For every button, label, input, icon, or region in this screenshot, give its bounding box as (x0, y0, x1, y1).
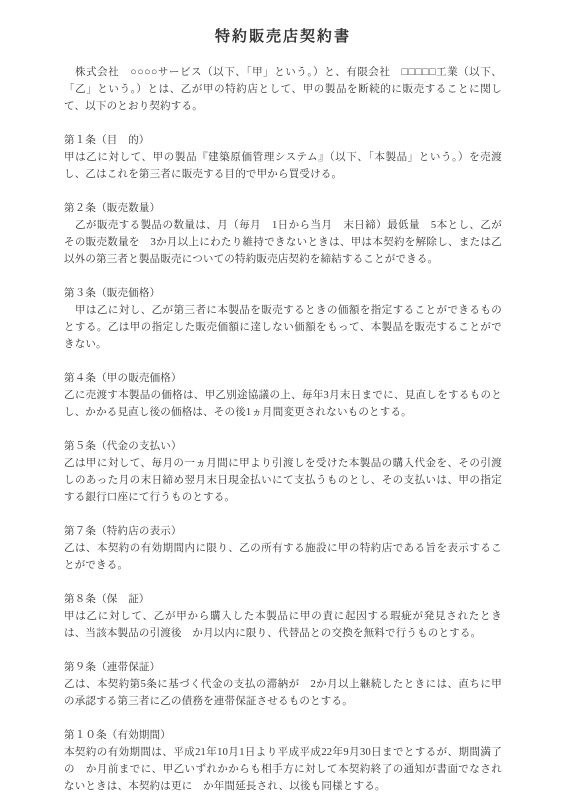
article-section: 第１条（目 的） 甲は乙に対して、甲の製品『建築原価管理システム』（以下、「本製… (64, 132, 502, 183)
preamble-paragraph: 株式会社 ○○○○サービス（以下、「甲」という。）と、有限会社 □□□□□工業（… (64, 64, 502, 115)
article-heading: 第５条（代金の支払い） (64, 438, 502, 455)
article-body: 乙は、本契約の有効期間内に限り、乙の所有する施設に甲の特約店である旨を表示するこ… (64, 540, 502, 574)
article-section: 第７条（特約店の表示） 乙は、本契約の有効期間内に限り、乙の所有する施設に甲の特… (64, 523, 502, 574)
article-heading: 第１０条（有効期間） (64, 727, 502, 744)
article-body: 甲は乙に対して、甲の製品『建築原価管理システム』（以下、「本製品」という。）を売… (64, 149, 502, 183)
article-heading: 第９条（連帯保証） (64, 659, 502, 676)
article-body: 乙は甲に対して、毎月の一ヵ月間に甲より引渡しを受けた本製品の購入代金を、その引渡… (64, 455, 502, 506)
article-section: 第１０条（有効期間） 本契約の有効期間は、平成21年10月1日より平成平成22年… (64, 727, 502, 795)
article-section: 第８条（保 証） 甲は乙に対して、乙が甲から購入した本製品に甲の責に起因する瑕疵… (64, 591, 502, 642)
article-heading: 第２条（販売数量） (64, 200, 502, 217)
article-heading: 第３条（販売価格） (64, 285, 502, 302)
article-section: 第３条（販売価格） 甲は乙に対し、乙が第三者に本製品を販売するときの価額を指定す… (64, 285, 502, 353)
article-body: 甲は乙に対して、乙が甲から購入した本製品に甲の責に起因する瑕疵が発見されたときは… (64, 608, 502, 642)
article-heading: 第８条（保 証） (64, 591, 502, 608)
article-body: 本契約の有効期間は、平成21年10月1日より平成平成22年9月30日までとするが… (64, 744, 502, 795)
contract-document-page: 特約販売店契約書 株式会社 ○○○○サービス（以下、「甲」という。）と、有限会社… (0, 0, 564, 800)
article-section: 第２条（販売数量） 乙が販売する製品の数量は、月（毎月 1日から当月 末日締）最… (64, 200, 502, 268)
articles-list: 第１条（目 的） 甲は乙に対して、甲の製品『建築原価管理システム』（以下、「本製… (64, 132, 502, 795)
article-heading: 第１条（目 的） (64, 132, 502, 149)
article-heading: 第４条（甲の販売価格） (64, 370, 502, 387)
article-body: 乙が販売する製品の数量は、月（毎月 1日から当月 末日締）最低量 5本とし、乙が… (64, 217, 502, 268)
document-title: 特約販売店契約書 (64, 26, 502, 48)
article-body: 乙に売渡す本製品の価格は、甲乙別途協議の上、毎年3月末日までに、見直しをするもの… (64, 387, 502, 421)
article-section: 第９条（連帯保証） 乙は、本契約第5条に基づく代金の支払の滞納が 2か月以上継続… (64, 659, 502, 710)
article-section: 第４条（甲の販売価格） 乙に売渡す本製品の価格は、甲乙別途協議の上、毎年3月末日… (64, 370, 502, 421)
article-body: 乙は、本契約第5条に基づく代金の支払の滞納が 2か月以上継続したときには、直ちに… (64, 676, 502, 710)
article-heading: 第７条（特約店の表示） (64, 523, 502, 540)
article-body: 甲は乙に対し、乙が第三者に本製品を販売するときの価額を指定することができるものと… (64, 302, 502, 353)
article-section: 第５条（代金の支払い） 乙は甲に対して、毎月の一ヵ月間に甲より引渡しを受けた本製… (64, 438, 502, 506)
